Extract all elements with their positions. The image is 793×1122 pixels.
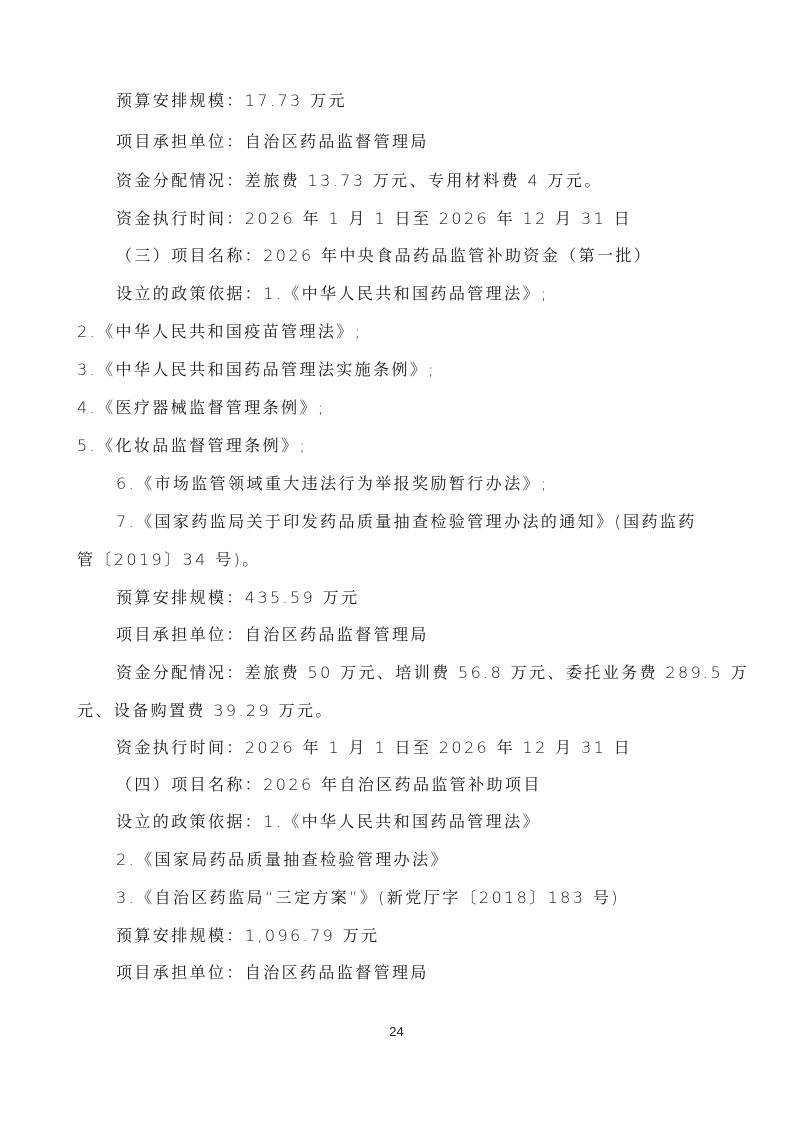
text-line: 预算安排规模：17.73 万元 <box>116 90 716 112</box>
text-line: 4.《医疗器械监督管理条例》; <box>77 397 717 419</box>
text-line: 设立的政策依据：1.《中华人民共和国药品管理法》; <box>116 283 716 305</box>
text-line: 2.《中华人民共和国疫苗管理法》; <box>77 321 717 343</box>
text-line: 2.《国家局药品质量抽查检验管理办法》 <box>116 849 716 871</box>
text-line: 预算安排规模：435.59 万元 <box>116 587 716 609</box>
text-line: 项目承担单位：自治区药品监督管理局 <box>116 962 716 984</box>
text-line: 元、设备购置费 39.29 万元。 <box>77 700 717 722</box>
text-line: （四）项目名称：2026 年自治区药品监管补助项目 <box>116 774 716 796</box>
document-page: 24 预算安排规模：17.73 万元项目承担单位：自治区药品监督管理局资金分配情… <box>0 0 793 1122</box>
text-line: 管〔2019〕34 号)。 <box>77 549 717 571</box>
text-line: 资金执行时间：2026 年 1 月 1 日至 2026 年 12 月 31 日 <box>116 208 716 230</box>
text-line: 资金分配情况：差旅费 50 万元、培训费 56.8 万元、委托业务费 289.5… <box>116 662 716 684</box>
text-line: 资金分配情况：差旅费 13.73 万元、专用材料费 4 万元。 <box>116 170 716 192</box>
page-number: 24 <box>0 1024 793 1039</box>
text-line: 设立的政策依据：1.《中华人民共和国药品管理法》 <box>116 811 716 833</box>
text-line: 7.《国家药监局关于印发药品质量抽查检验管理办法的通知》(国药监药 <box>116 511 716 533</box>
text-line: 项目承担单位：自治区药品监督管理局 <box>116 131 716 153</box>
text-line: 5.《化妆品监督管理条例》; <box>77 435 717 457</box>
text-line: 项目承担单位：自治区药品监督管理局 <box>116 624 716 646</box>
text-line: 6.《市场监管领域重大违法行为举报奖励暂行办法》; <box>116 473 716 495</box>
text-line: 预算安排规模：1,096.79 万元 <box>116 925 716 947</box>
text-line: （三）项目名称：2026 年中央食品药品监管补助资金（第一批） <box>116 245 716 267</box>
text-line: 资金执行时间：2026 年 1 月 1 日至 2026 年 12 月 31 日 <box>116 737 716 759</box>
text-line: 3.《自治区药监局“三定方案”》(新党厅字〔2018〕183 号) <box>116 887 716 909</box>
text-line: 3.《中华人民共和国药品管理法实施条例》; <box>77 359 717 381</box>
